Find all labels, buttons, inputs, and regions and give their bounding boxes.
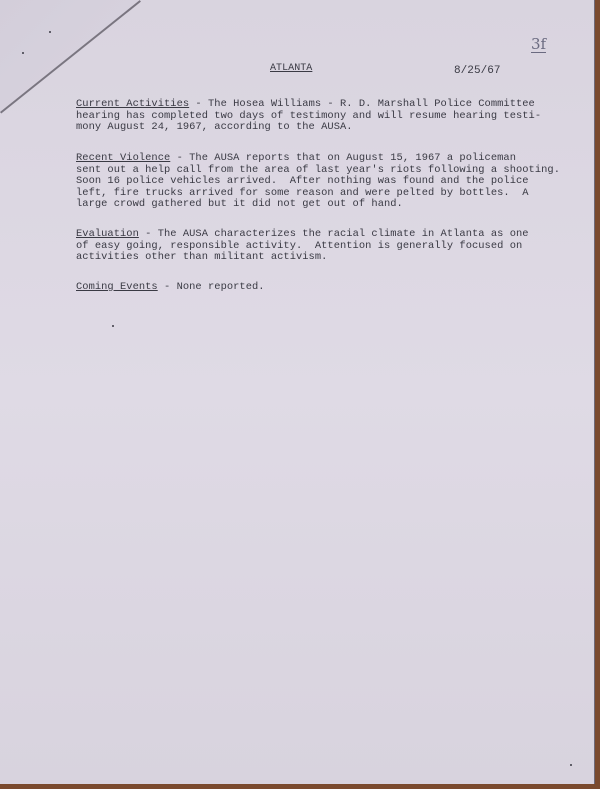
page-number-annotation: 3f <box>531 36 546 53</box>
section-coming-events: Coming Events - None reported. <box>76 282 265 294</box>
separator: - <box>139 228 158 240</box>
section-current-activities: Current Activities - The Hosea Williams … <box>76 99 541 134</box>
section-line: large crowd gathered but it did not get … <box>76 198 403 210</box>
separator: - <box>189 98 208 110</box>
document-page: 3f ATLANTA 8/25/67 Current Activities - … <box>0 0 595 784</box>
section-line: activities other than militant activism. <box>76 251 327 263</box>
section-line: mony August 24, 1967, according to the A… <box>76 121 353 133</box>
section-heading: Recent Violence <box>76 152 170 164</box>
section-line: of easy going, responsible activity. Att… <box>76 240 522 252</box>
paper-speck <box>49 31 51 33</box>
paper-speck <box>112 325 114 327</box>
section-line: left, fire trucks arrived for some reaso… <box>76 187 529 199</box>
section-heading: Evaluation <box>76 228 139 240</box>
section-line: sent out a help call from the area of la… <box>76 164 560 176</box>
separator: - <box>158 281 177 293</box>
section-evaluation: Evaluation - The AUSA characterizes the … <box>76 229 529 264</box>
section-heading: Coming Events <box>76 281 158 293</box>
section-line: Soon 16 police vehicles arrived. After n… <box>76 175 529 187</box>
section-line: The Hosea Williams - R. D. Marshall Poli… <box>208 98 535 110</box>
section-line: hearing has completed two days of testim… <box>76 110 541 122</box>
separator: - <box>170 152 189 164</box>
section-heading: Current Activities <box>76 98 189 110</box>
section-line: The AUSA characterizes the racial climat… <box>158 228 529 240</box>
paper-speck <box>22 52 24 54</box>
section-line: The AUSA reports that on August 15, 1967… <box>189 152 516 164</box>
document-title: ATLANTA <box>270 63 312 75</box>
section-recent-violence: Recent Violence - The AUSA reports that … <box>76 153 560 211</box>
document-date: 8/25/67 <box>454 66 501 78</box>
paper-speck <box>570 764 572 766</box>
section-line: None reported. <box>177 281 265 293</box>
